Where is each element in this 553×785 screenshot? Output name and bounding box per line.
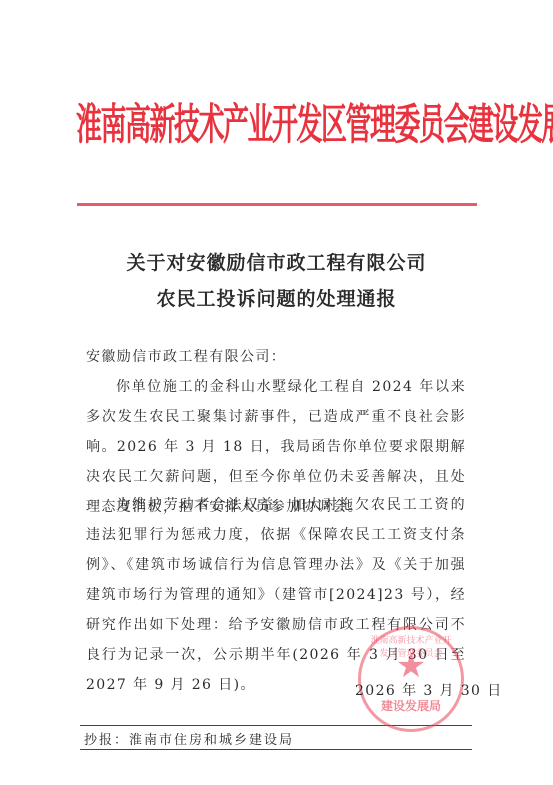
salutation: 安徽励信市政工程有限公司： <box>86 342 466 372</box>
issuing-organization-header: 淮南高新技术产业开发区管理委员会建设发展局 <box>76 80 478 172</box>
official-seal: 淮南高新技术产业开发区管理委员会 ★ 建设发展局 <box>358 626 464 732</box>
seal-star-icon: ★ <box>361 649 461 683</box>
issue-date: 2026 年 3 月 30 日 <box>355 680 503 700</box>
red-header-divider <box>77 203 477 206</box>
document-title-line-1: 关于对安徽励信市政工程有限公司 <box>60 248 493 275</box>
cc-bottom-divider <box>80 749 472 750</box>
cc-recipient: 抄报：淮南市住房和城乡建设局 <box>84 729 294 748</box>
document-title-line-2: 农民工投诉问题的处理通报 <box>60 284 493 311</box>
